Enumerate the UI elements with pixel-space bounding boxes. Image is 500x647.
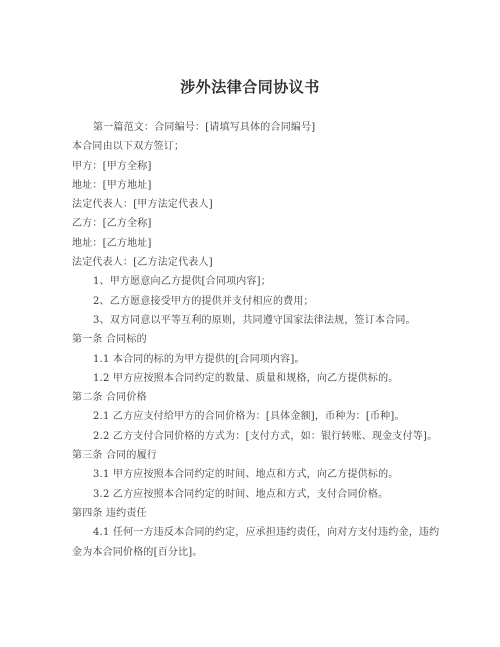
- document-title: 涉外法律合同协议书: [0, 76, 500, 97]
- document-line: 本合同由以下双方签订；: [72, 137, 436, 156]
- document-line: 3、双方同意以平等互利的原则，共同遵守国家法律法规，签订本合同。: [72, 311, 436, 330]
- document-line: 4.1 任何一方违反本合同的约定，应承担违约责任，向对方支付违约金，违约: [72, 523, 436, 542]
- document-line: 3.1 甲方应按照本合同约定的时间、地点和方式，向乙方提供标的。: [72, 465, 436, 484]
- document-line: 2.2 乙方支付合同价格的方式为：[支付方式，如：银行转账、现金支付等]。: [72, 427, 436, 446]
- document-line: 1.2 甲方应按照本合同约定的数量、质量和规格，向乙方提供标的。: [72, 369, 436, 388]
- document-line: 地址：[甲方地址]: [72, 176, 436, 195]
- document-line: 第一条 合同标的: [72, 330, 436, 349]
- document-line: 1.1 本合同的标的为甲方提供的[合同项内容]。: [72, 350, 436, 369]
- document-line: 第四条 违约责任: [72, 504, 436, 523]
- document-line: 金为本合同价格的[百分比]。: [72, 543, 436, 562]
- document-line: 乙方：[乙方全称]: [72, 214, 436, 233]
- document-line: 地址：[乙方地址]: [72, 234, 436, 253]
- document-line: 法定代表人：[甲方法定代表人]: [72, 195, 436, 214]
- document-line: 3.2 乙方应按照本合同约定的时间、地点和方式，支付合同价格。: [72, 485, 436, 504]
- document-line: 2、乙方愿意接受甲方的提供并支付相应的费用；: [72, 292, 436, 311]
- document-line: 第二条 合同价格: [72, 388, 436, 407]
- document-line: 法定代表人：[乙方法定代表人]: [72, 253, 436, 272]
- document-line: 第三条 合同的履行: [72, 446, 436, 465]
- document-line: 第一篇范文：合同编号：[请填写具体的合同编号]: [72, 118, 436, 137]
- document-line: 1、甲方愿意向乙方提供[合同项内容]；: [72, 272, 436, 291]
- contract-document-page: 涉外法律合同协议书 第一篇范文：合同编号：[请填写具体的合同编号]本合同由以下双…: [0, 0, 500, 647]
- document-line: 2.1 乙方应支付给甲方的合同价格为：[具体金额]，币种为：[币种]。: [72, 407, 436, 426]
- document-line: 甲方：[甲方全称]: [72, 157, 436, 176]
- document-body: 第一篇范文：合同编号：[请填写具体的合同编号]本合同由以下双方签订；甲方：[甲方…: [72, 118, 436, 562]
